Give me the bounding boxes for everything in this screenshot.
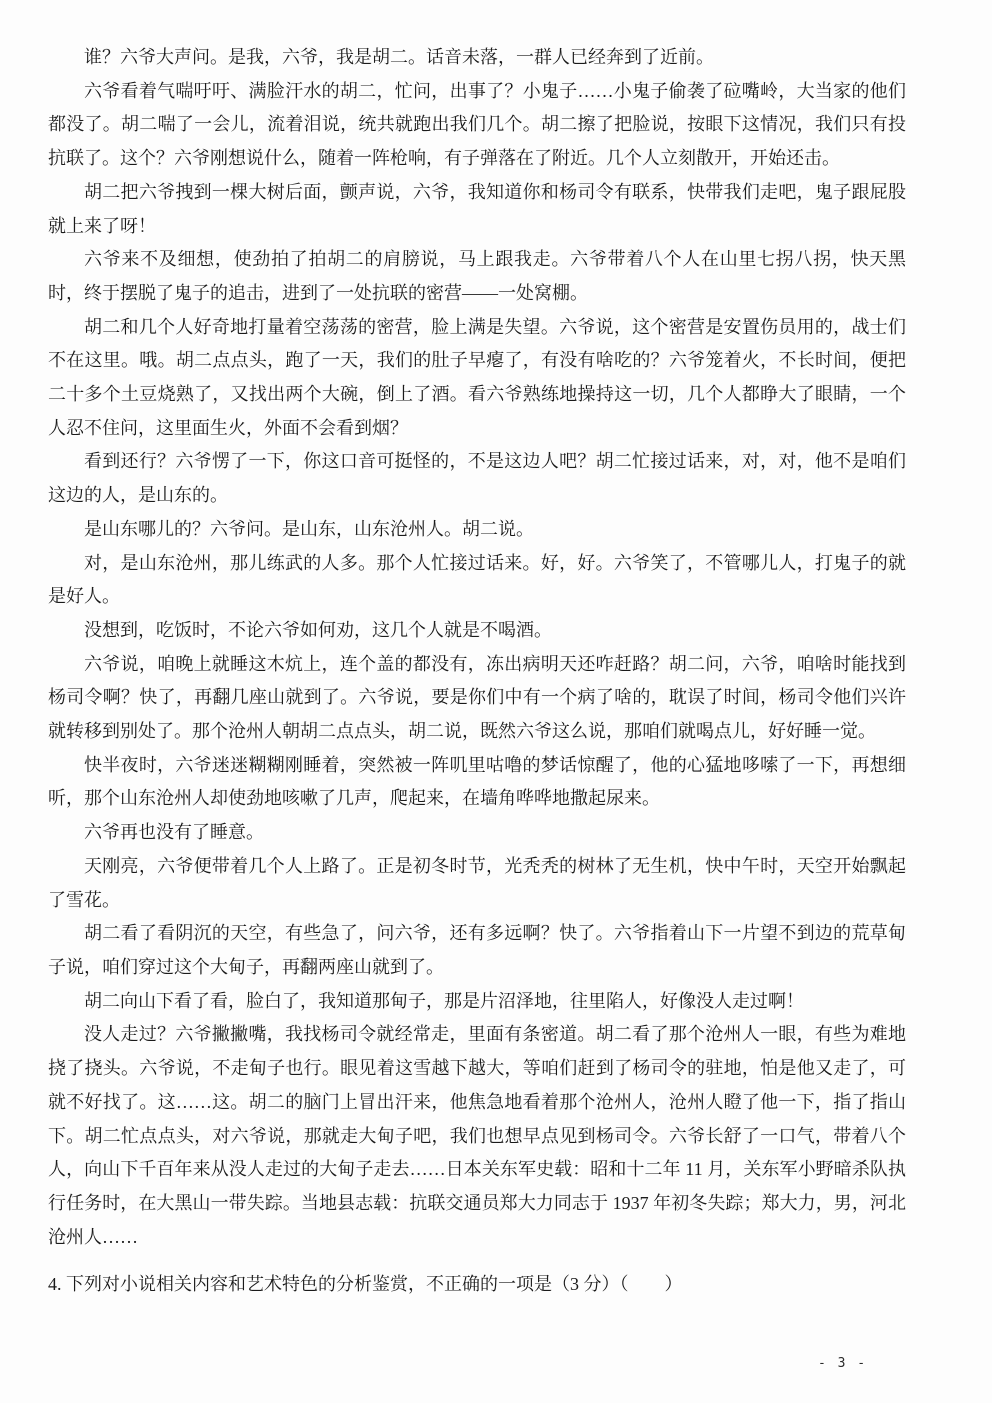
paragraph: 没人走过？六爷撇撇嘴，我找杨司令就经常走，里面有条密道。胡二看了那个沧州人一眼，…	[48, 1018, 906, 1254]
paragraph: 六爷再也没有了睡意。	[48, 816, 906, 850]
paragraph: 胡二和几个人好奇地打量着空荡荡的密营，脸上满是失望。六爷说，这个密营是安置伤员用…	[48, 311, 906, 446]
page-content: 谁？六爷大声问。是我，六爷，我是胡二。话音未落，一群人已经奔到了近前。六爷看着气…	[48, 41, 906, 1302]
paragraph: 胡二把六爷拽到一棵大树后面，颤声说，六爷，我知道你和杨司令有联系，快带我们走吧，…	[48, 176, 906, 243]
paragraph: 六爷说，咱晚上就睡这木炕上，连个盖的都没有，冻出病明天还咋赶路？胡二问，六爷，咱…	[48, 648, 906, 749]
document-page: 谁？六爷大声问。是我，六爷，我是胡二。话音未落，一群人已经奔到了近前。六爷看着气…	[0, 0, 992, 1403]
paragraph: 是山东哪儿的？六爷问。是山东，山东沧州人。胡二说。	[48, 513, 906, 547]
paragraph: 没想到，吃饭时，不论六爷如何劝，这几个人就是不喝酒。	[48, 614, 906, 648]
story-text: 谁？六爷大声问。是我，六爷，我是胡二。话音未落，一群人已经奔到了近前。六爷看着气…	[48, 41, 906, 1254]
paragraph: 胡二看了看阴沉的天空，有些急了，问六爷，还有多远啊？快了。六爷指着山下一片望不到…	[48, 917, 906, 984]
paragraph: 六爷来不及细想，使劲拍了拍胡二的肩膀说，马上跟我走。六爷带着八个人在山里七拐八拐…	[48, 243, 906, 310]
page-number: - 3 -	[818, 1356, 867, 1371]
paragraph: 看到还行？六爷愣了一下，你这口音可挺怪的，不是这边人吧？胡二忙接过话来，对，对，…	[48, 445, 906, 512]
paragraph: 六爷看着气喘吁吁、满脸汗水的胡二，忙问，出事了？小鬼子……小鬼子偷袭了砬嘴岭，大…	[48, 75, 906, 176]
paragraph: 胡二向山下看了看，脸白了，我知道那甸子，那是片沼泽地，往里陷人，好像没人走过啊！	[48, 985, 906, 1019]
paragraph: 快半夜时，六爷迷迷糊糊刚睡着，突然被一阵叽里咕噜的梦话惊醒了，他的心猛地哆嗦了一…	[48, 749, 906, 816]
paragraph: 对，是山东沧州，那儿练武的人多。那个人忙接过话来。好，好。六爷笑了，不管哪儿人，…	[48, 547, 906, 614]
paragraph: 谁？六爷大声问。是我，六爷，我是胡二。话音未落，一群人已经奔到了近前。	[48, 41, 906, 75]
question-4: 4. 下列对小说相关内容和艺术特色的分析鉴赏，不正确的一项是（3 分）（ ）	[48, 1268, 906, 1302]
paragraph: 天刚亮，六爷便带着几个人上路了。正是初冬时节，光秃秃的树林了无生机，快中午时，天…	[48, 850, 906, 917]
